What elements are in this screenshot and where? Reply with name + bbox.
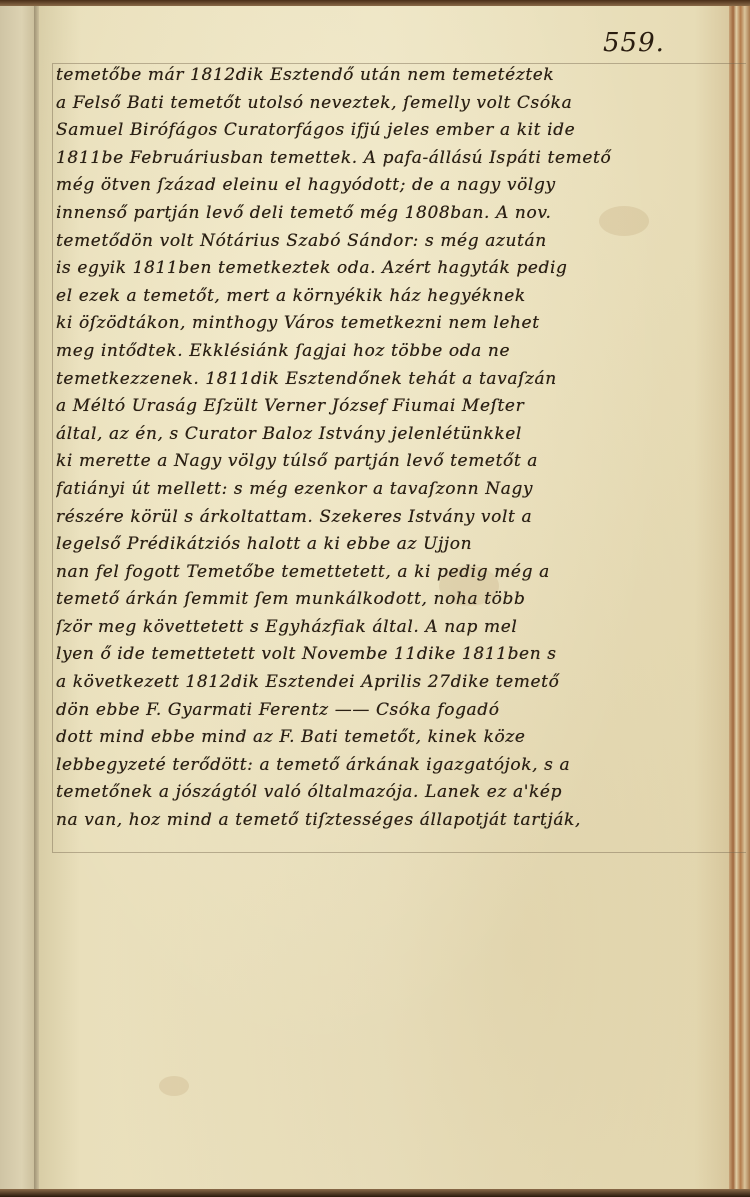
manuscript-scan: 559. temetőbe már 1812dik Esztendő után … [0,0,750,1197]
manuscript-line: is egyik 1811ben temetkeztek oda. Azért … [56,255,746,283]
manuscript-line: a következett 1812dik Esztendei Aprilis … [56,669,746,697]
page-number: 559. [603,28,665,58]
manuscript-line: lebbegyzeté terődött: a temető árkának i… [56,752,746,780]
manuscript-line: lyen ő ide temettetett volt Novembe 11di… [56,641,746,669]
manuscript-line: még ötven ſzázad eleinu el hagyódott; de… [56,172,746,200]
manuscript-line: temetőnek a jószágtól való óltalmazója. … [56,779,746,807]
manuscript-line: részére körül s árkoltattam. Szekeres Is… [56,504,746,532]
manuscript-line: ſzör meg követtetett s Egyházfiak által.… [56,614,746,642]
manuscript-line: meg intődtek. Ekklésiánk ſagjai hoz több… [56,338,746,366]
paper-stain [159,1076,189,1096]
manuscript-line: temetkezzenek. 1811dik Esztendőnek tehát… [56,366,746,394]
facing-page-edge [0,6,36,1189]
manuscript-line: dön ebbe F. Gyarmati Ferentz —— Csóka fo… [56,697,746,725]
manuscript-line: temető árkán ſemmit ſem munkálkodott, no… [56,586,746,614]
manuscript-line: legelső Prédikátziós halott a ki ebbe az… [56,531,746,559]
handwritten-text-block: temetőbe már 1812dik Esztendő után nem t… [56,62,746,835]
manuscript-line: 1811be Februáriusban temettek. A pafa-ál… [56,145,746,173]
manuscript-line: fatiányi út mellett: s még ezenkor a tav… [56,476,746,504]
manuscript-line: ki merette a Nagy völgy túlső partján le… [56,448,746,476]
manuscript-line: a Méltó Uraság Eſzült Verner József Fium… [56,393,746,421]
manuscript-line: temetőbe már 1812dik Esztendő után nem t… [56,62,746,90]
manuscript-line: temetődön volt Nótárius Szabó Sándor: s … [56,228,746,256]
manuscript-line: ki öſzödtákon, minthogy Város temetkezni… [56,310,746,338]
manuscript-line: el ezek a temetőt, mert a környékik ház … [56,283,746,311]
manuscript-line: a Felső Bati temetőt utolsó neveztek, ſe… [56,90,746,118]
manuscript-line: innenső partján levő deli temető még 180… [56,200,746,228]
manuscript-line: nan fel fogott Temetőbe temettetett, a k… [56,559,746,587]
manuscript-line: na van, hoz mind a temető tiſztességes á… [56,807,746,835]
manuscript-line: dott mind ebbe mind az F. Bati temetőt, … [56,724,746,752]
book-bottom-edge [0,1189,750,1197]
manuscript-line: által, az én, s Curator Baloz Istvány je… [56,421,746,449]
manuscript-line: Samuel Birófágos Curatorfágos ifjú jeles… [56,117,746,145]
